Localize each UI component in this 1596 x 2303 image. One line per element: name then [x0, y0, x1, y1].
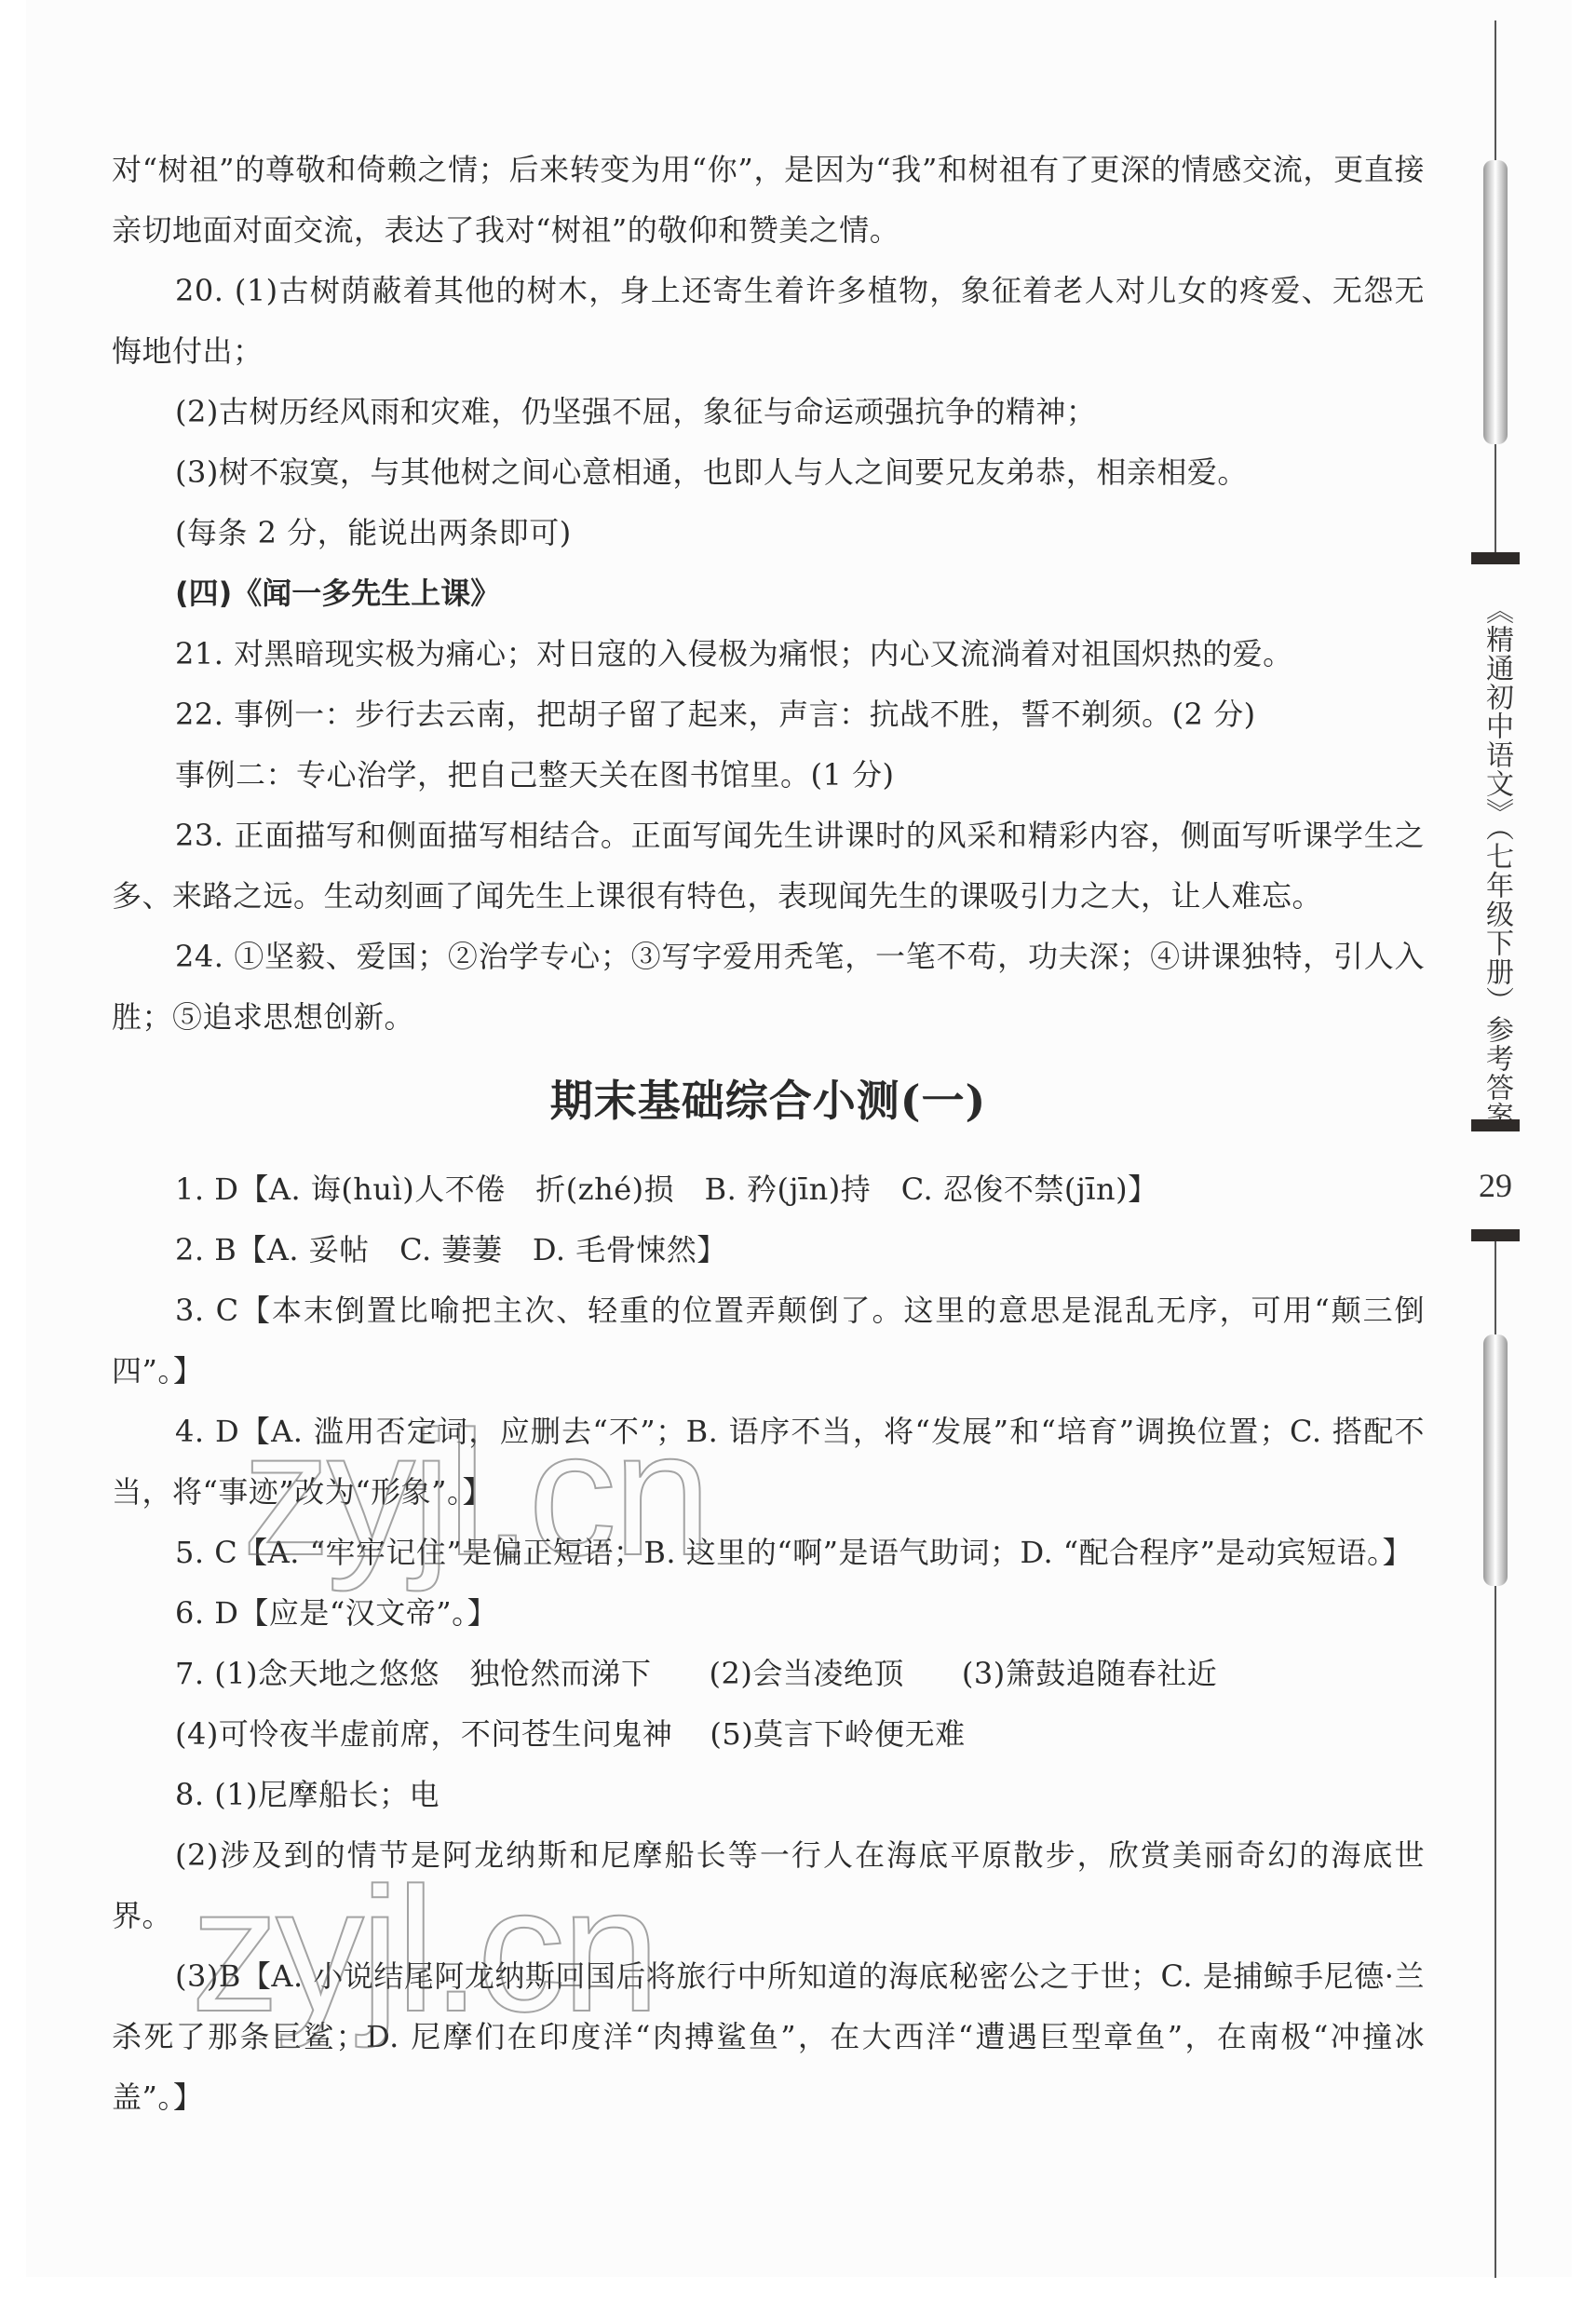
- margin-capsule-bottom: [1483, 1334, 1508, 1586]
- quiz-answer-7-part-5: (5)莫言下岭便无难: [710, 1716, 965, 1752]
- quiz-answer-7-part-3: (3)箫鼓追随春社近: [962, 1656, 1217, 1691]
- section-heading-wen-yiduo: (四)《闻一多先生上课》: [112, 563, 1425, 624]
- answer-20-scoring-note: (每条 2 分，能说出两条即可): [112, 503, 1425, 563]
- margin-rule-upper: [1495, 444, 1496, 554]
- quiz-answer-7-part-1: 7. (1)念天地之悠悠 独怆然而涕下: [175, 1656, 652, 1691]
- margin-bar-2: [1471, 1119, 1520, 1131]
- quiz-answer-5: 5. C【A. “牢牢记住”是偏正短语；B. 这里的“啊”是语气助词；D. “配…: [112, 1523, 1425, 1583]
- quiz-answer-1: 1. D【A. 诲(huì)人不倦 折(zhé)损 B. 矜(jīn)持 C. …: [112, 1159, 1425, 1220]
- quiz-answer-6: 6. D【应是“汉文帝”。】: [112, 1583, 1425, 1644]
- quiz-answer-2: 2. B【A. 妥帖 C. 萋萋 D. 毛骨悚然】: [112, 1220, 1425, 1280]
- quiz-answer-8-part-3: (3)B【A. 小说结尾阿龙纳斯回国后将旅行中所知道的海底秘密公之于世；C. 是…: [112, 1946, 1425, 2128]
- answer-22-example-2: 事例二：专心治学，把自己整天关在图书馆里。(1 分): [112, 745, 1425, 806]
- quiz-answer-8-part-1: 8. (1)尼摩船长；电: [112, 1765, 1425, 1825]
- margin-bar-1: [1471, 552, 1520, 564]
- quiz-answer-8-part-2: (2)涉及到的情节是阿龙纳斯和尼摩船长等一行人在海底平原散步，欣赏美丽奇幻的海底…: [112, 1825, 1425, 1946]
- margin-rule-middle: [1495, 1241, 1496, 1334]
- quiz-answer-7-part-4: (4)可怜夜半虚前席，不问苍生问鬼神: [175, 1716, 672, 1752]
- quiz-answer-3: 3. C【本末倒置比喻把主次、轻重的位置弄颠倒了。这里的意思是混乱无序，可用“颠…: [112, 1280, 1425, 1402]
- answer-21: 21. 对黑暗现实极为痛心；对日寇的入侵极为痛恨；内心又流淌着对祖国炽热的爱。: [112, 624, 1425, 684]
- answer-20-item-2: (2)古树历经风雨和灾难，仍坚强不屈，象征与命运顽强抗争的精神；: [112, 382, 1425, 442]
- continuation-paragraph: 对“树祖”的尊敬和倚赖之情；后来转变为用“你”，是因为“我”和树祖有了更深的情感…: [112, 140, 1425, 261]
- quiz-answer-7-part-2: (2)会当凌绝顶: [710, 1656, 904, 1691]
- vertical-book-title: 《精通初中语文》（七年级下册）参考答案: [1474, 596, 1519, 1131]
- margin-capsule-top: [1483, 160, 1508, 444]
- quiz-title: 期末基础综合小测(一): [112, 1068, 1425, 1133]
- answer-24: 24. ①坚毅、爱国；②治学专心；③写字爱用秃笔，一笔不苟，功夫深；④讲课独特，…: [112, 927, 1425, 1048]
- answer-23: 23. 正面描写和侧面描写相结合。正面写闻先生讲课时的风采和精彩内容，侧面写听课…: [112, 806, 1425, 927]
- answer-key-content: 对“树祖”的尊敬和倚赖之情；后来转变为用“你”，是因为“我”和树祖有了更深的情感…: [112, 140, 1425, 2128]
- quiz-answer-4: 4. D【A. 滥用否定词，应删去“不”；B. 语序不当，将“发展”和“培育”调…: [112, 1402, 1425, 1523]
- margin-rule-top: [1495, 20, 1496, 160]
- answer-22-example-1: 22. 事例一：步行去云南，把胡子留了起来，声言：抗战不胜，誓不剃须。(2 分): [112, 684, 1425, 745]
- quiz-answer-7-line-2: (4)可怜夜半虚前席，不问苍生问鬼神(5)莫言下岭便无难: [112, 1704, 1425, 1765]
- answer-20-item-1: 20. (1)古树荫蔽着其他的树木，身上还寄生着许多植物，象征着老人对儿女的疼爱…: [112, 261, 1425, 382]
- margin-bar-3: [1471, 1229, 1520, 1241]
- margin-rule-bottom: [1495, 1586, 1496, 2278]
- quiz-answer-7-line-1: 7. (1)念天地之悠悠 独怆然而涕下(2)会当凌绝顶(3)箫鼓追随春社近: [112, 1644, 1425, 1704]
- answer-20-item-3: (3)树不寂寞，与其他树之间心意相通，也即人与人之间要兄友弟恭，相亲相爱。: [112, 442, 1425, 503]
- page-number: 29: [1469, 1166, 1522, 1205]
